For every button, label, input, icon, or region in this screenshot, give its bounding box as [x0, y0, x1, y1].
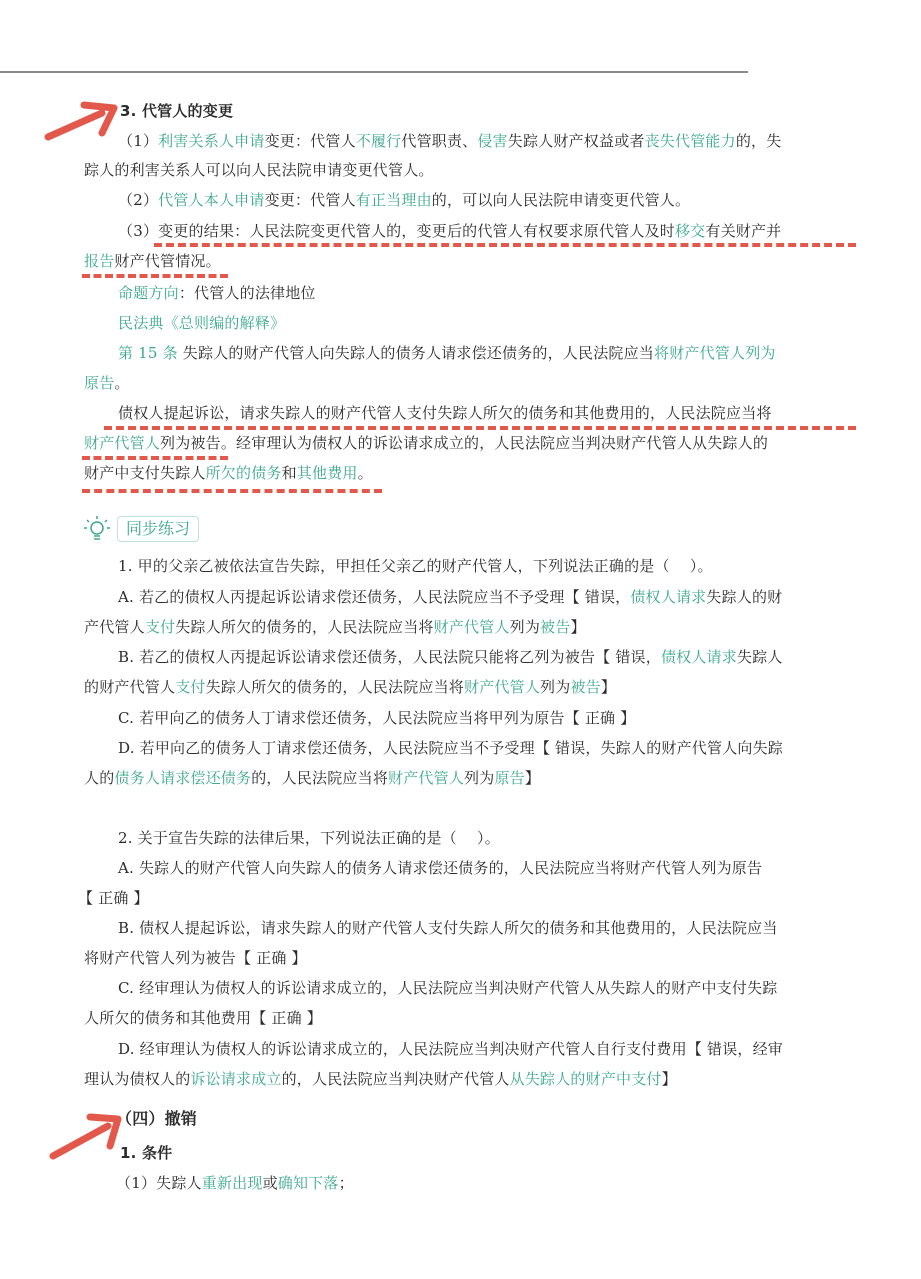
- paragraph: （3）变更的结果：人民法院变更代管人的，变更后的代管人有权要求原代管人及时移交有…: [118, 221, 781, 241]
- question-option: C. 若甲向乙的债务人丁请求偿还债务，人民法院应当将甲列为原告【 正确 】: [118, 708, 635, 728]
- question-option: 人的债务人请求偿还债务的，人民法院应当将财产代管人列为原告】: [84, 768, 540, 788]
- question-option: 产代管人支付失踪人所欠的债务的，人民法院应当将财产代管人列为被告】: [84, 617, 586, 637]
- exam-direction: 命题方向：代管人的法律地位: [118, 283, 316, 303]
- question-option: D. 若甲向乙的债务人丁请求偿还债务，人民法院应当不予受理【 错误，失踪人的财产…: [118, 738, 783, 758]
- question-option: 的财产代管人支付失踪人所欠的债务的，人民法院应当将财产代管人列为被告】: [84, 677, 616, 697]
- question-option: B. 若乙的债权人丙提起诉讼请求偿还债务，人民法院只能将乙列为被告【 错误，债权…: [118, 647, 783, 667]
- question-option: D. 经审理认为债权人的诉讼请求成立的，人民法院应当判决财产代管人自行支付费用【…: [118, 1039, 783, 1059]
- paragraph: 踪人的利害关系人可以向人民法院申请变更代管人。: [84, 160, 434, 180]
- law-article: 原告。: [84, 373, 130, 393]
- question-option: C. 经审理认为债权人的诉讼请求成立的，人民法院应当判决财产代管人从失踪人的财产…: [118, 978, 777, 998]
- law-article: 财产中支付失踪人所欠的债务和其他费用。: [84, 463, 373, 483]
- dashed-underline-annotation: [82, 274, 228, 278]
- paragraph: （1）失踪人重新出现或确知下落；: [116, 1173, 354, 1193]
- question-option: A. 若乙的债权人丙提起诉讼请求偿还债务，人民法院应当不予受理【 错误，债权人请…: [118, 587, 782, 607]
- dashed-underline-annotation: [104, 426, 856, 430]
- law-article: 第 15 条 失踪人的财产代管人向失踪人的债务人请求偿还债务的，人民法院应当将财…: [118, 343, 776, 363]
- subsection-title: 1. 条件: [120, 1143, 172, 1163]
- section-title: （四）撤销: [116, 1109, 197, 1129]
- dashed-underline-annotation: [154, 243, 856, 247]
- red-arrow-annotation-icon: [44, 100, 120, 142]
- paragraph: （2）代管人本人申请变更：代管人有正当理由的，可以向人民法院申请变更代管人。: [118, 190, 690, 210]
- practice-tag: 同步练习: [117, 516, 199, 542]
- law-article: 债权人提起诉讼，请求失踪人的财产代管人支付失踪人所欠的债务和其他费用的，人民法院…: [118, 403, 772, 423]
- question-option: 人所欠的债务和其他费用【 正确 】: [84, 1008, 322, 1028]
- question-stem: 1. 甲的父亲乙被依法宣告失踪，甲担任父亲乙的财产代管人，下列说法正确的是（ ）…: [118, 556, 713, 576]
- dashed-underline-annotation: [82, 456, 228, 460]
- question-option: A. 失踪人的财产代管人向失踪人的债务人请求偿还债务的，人民法院应当将财产代管人…: [118, 858, 762, 878]
- law-title: 民法典《总则编的解释》: [118, 313, 285, 333]
- paragraph: 报告财产代管情况。: [84, 251, 221, 271]
- top-rule: [0, 71, 748, 73]
- lightbulb-icon: [82, 514, 112, 544]
- question-stem: 2. 关于宣告失踪的法律后果，下列说法正确的是（ ）。: [118, 828, 500, 848]
- section-title: 3. 代管人的变更: [120, 101, 233, 121]
- question-option: 【 正确 】: [78, 888, 149, 908]
- law-article: 财产代管人列为被告。经审理认为债权人的诉讼请求成立的，人民法院应当判决财产代管人…: [84, 433, 768, 453]
- paragraph: （1）利害关系人申请变更：代管人不履行代管职责、侵害失踪人财产权益或者丧失代管能…: [118, 131, 781, 151]
- red-arrow-annotation-icon: [48, 1112, 124, 1162]
- question-option: B. 债权人提起诉讼，请求失踪人的财产代管人支付失踪人所欠的债务和其他费用的，人…: [118, 918, 778, 938]
- question-option: 理认为债权人的诉讼请求成立的，人民法院应当判决财产代管人从失踪人的财产中支付】: [84, 1069, 677, 1089]
- dashed-underline-annotation: [82, 489, 382, 493]
- question-option: 将财产代管人列为被告【 正确 】: [84, 948, 307, 968]
